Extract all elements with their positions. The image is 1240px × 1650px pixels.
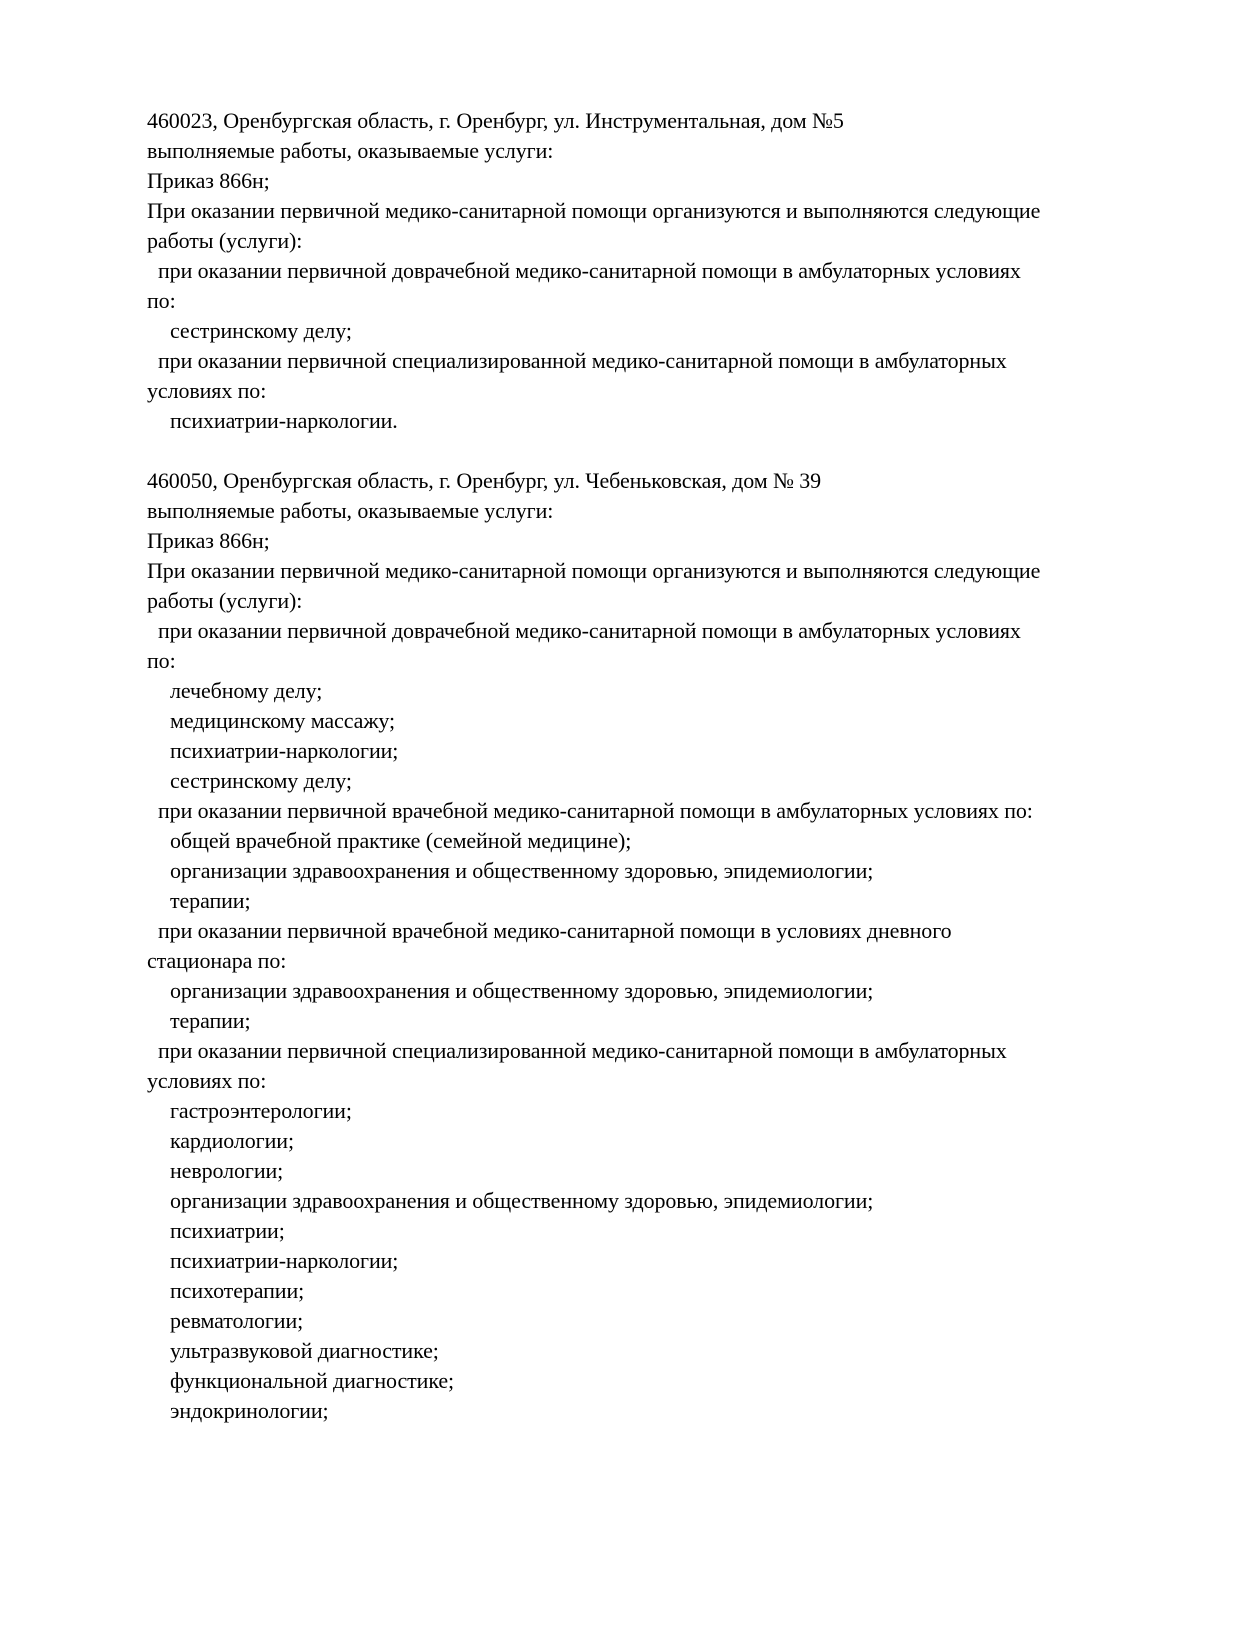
address-heading: 460023, Оренбургская область, г. Оренбур… (147, 106, 1137, 136)
text-line: работы (услуги): (147, 226, 1137, 256)
condition-line: при оказании первичной специализированно… (147, 1036, 1137, 1066)
condition-line: при оказании первичной врачебной медико-… (147, 916, 1137, 946)
address-heading: 460050, Оренбургская область, г. Оренбур… (147, 466, 1137, 496)
text-line: по: (147, 286, 1137, 316)
text-line: стационара по: (147, 946, 1137, 976)
service-item: кардиологии; (147, 1126, 1137, 1156)
service-item: медицинскому массажу; (147, 706, 1137, 736)
service-item: сестринскому делу; (147, 316, 1137, 346)
text-line: условиях по: (147, 1066, 1137, 1096)
section-separator (147, 436, 1137, 466)
document-page: 460023, Оренбургская область, г. Оренбур… (147, 106, 1137, 1426)
service-item: психиатрии-наркологии. (147, 406, 1137, 436)
address-section: 460023, Оренбургская область, г. Оренбур… (147, 106, 1137, 436)
service-item: психотерапии; (147, 1276, 1137, 1306)
text-line: Приказ 866н; (147, 166, 1137, 196)
text-line: выполняемые работы, оказываемые услуги: (147, 496, 1137, 526)
service-item: гастроэнтерологии; (147, 1096, 1137, 1126)
text-line: работы (услуги): (147, 586, 1137, 616)
text-line: по: (147, 646, 1137, 676)
text-line: При оказании первичной медико-санитарной… (147, 556, 1137, 586)
service-item: ультразвуковой диагностике; (147, 1336, 1137, 1366)
service-item: функциональной диагностике; (147, 1366, 1137, 1396)
service-item: психиатрии-наркологии; (147, 1246, 1137, 1276)
service-item: организации здравоохранения и общественн… (147, 976, 1137, 1006)
service-item: организации здравоохранения и общественн… (147, 856, 1137, 886)
service-item: общей врачебной практике (семейной медиц… (147, 826, 1137, 856)
text-line: Приказ 866н; (147, 526, 1137, 556)
text-line: выполняемые работы, оказываемые услуги: (147, 136, 1137, 166)
service-item: сестринскому делу; (147, 766, 1137, 796)
service-item: психиатрии-наркологии; (147, 736, 1137, 766)
service-item: терапии; (147, 1006, 1137, 1036)
service-item: лечебному делу; (147, 676, 1137, 706)
service-item: организации здравоохранения и общественн… (147, 1186, 1137, 1216)
service-item: психиатрии; (147, 1216, 1137, 1246)
service-item: эндокринологии; (147, 1396, 1137, 1426)
condition-line: при оказании первичной специализированно… (147, 346, 1137, 376)
text-line: условиях по: (147, 376, 1137, 406)
condition-line: при оказании первичной доврачебной медик… (147, 256, 1137, 286)
service-item: неврологии; (147, 1156, 1137, 1186)
condition-line: при оказании первичной врачебной медико-… (147, 796, 1137, 826)
service-item: ревматологии; (147, 1306, 1137, 1336)
address-section: 460050, Оренбургская область, г. Оренбур… (147, 466, 1137, 1426)
condition-line: при оказании первичной доврачебной медик… (147, 616, 1137, 646)
text-line: При оказании первичной медико-санитарной… (147, 196, 1137, 226)
service-item: терапии; (147, 886, 1137, 916)
